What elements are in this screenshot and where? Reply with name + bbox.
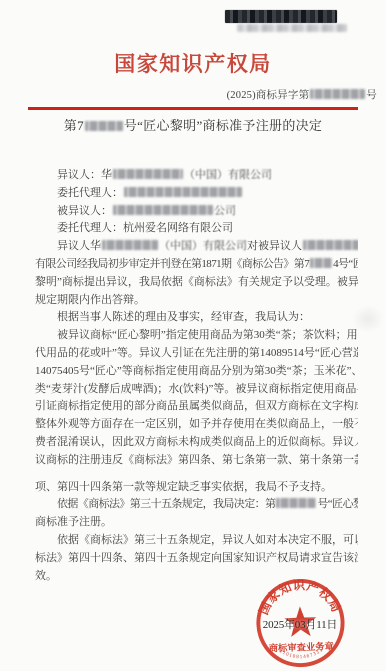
doc-number-suffix: 号 [366,90,377,101]
text-segment: 异议人华 [57,240,101,252]
text-line: 异议人：华（中国）有限公司 [35,167,358,185]
text-segment: 效。 [35,570,57,582]
redacted-text [310,258,332,268]
text-segment: 规定期限内作出答辩。 [35,294,145,306]
text-line: 项、第四十四条第一款等规定缺乏事实依据，我局不予支持。 [35,479,358,497]
decision-body: 异议人：华（中国）有限公司委托代理人：被异议人：公司委托代理人：杭州爱名网络有限… [35,167,358,585]
text-line: 委托代理人：杭州爱名网络有限公司 [35,220,358,238]
decision-title-prefix: 第7 [64,118,84,133]
text-segment: 标法》第四十四条、第四十五条规定向国家知识产权局请求宣告该注册商标无 [35,552,358,564]
text-line: 有限公司经我局初步审定并刊登在第1871期《商标公告》第74号“匠心 [35,256,358,274]
text-segment: 类“麦芽汁(发酵后成啤酒)；水(饮料)”等。被异议商标指定使用商品与异议人 [35,383,358,395]
text-segment: 依据《商标法》第三十五条规定，我局决定：第 [57,498,275,510]
text-segment: 商标准予注册。 [35,516,112,528]
text-line: 根据当事人陈述的理由及事实，经审查，我局认为： [35,309,358,327]
text-segment: 异议人：华 [57,169,112,181]
text-line: 依据《商标法》第三十五条规定，异议人如对本决定不服，可以依照《商 [35,532,358,550]
text-segment: 费者混淆误认，因此双方商标未构成类似商品上的近似商标。异议人另称被异 [35,436,358,448]
redacted-header-stamp [225,10,337,23]
doc-number-line: (2025)商标异字第号 [227,87,377,102]
text-segment: 号“匠心黎明” [317,498,358,510]
text-line: 引证商标指定使用的部分商品虽属类似商品，但双方商标在文字构成、含义及 [35,398,358,416]
text-line: 委托代理人： [35,185,358,203]
text-segment: 黎明”商标提出异议，我局依据《商标法》有关规定予以受理。被异议人已在 [35,276,358,288]
redacted-doc-number [310,89,365,99]
text-line: 黎明”商标提出异议，我局依据《商标法》有关规定予以受理。被异议人已在 [35,274,358,292]
text-segment: 根据当事人陈述的理由及事实，经审查，我局认为： [57,311,310,323]
text-segment: 对被异议人 [247,240,302,252]
text-line: 规定期限内作出答辩。 [35,292,358,310]
text-segment: 委托代理人： [57,187,123,199]
agency-title: 国家知识产权局 [0,48,386,78]
text-line: 依据《商标法》第三十五条规定，我局决定：第号“匠心黎明” [35,496,358,514]
text-segment: 被异议人： [57,205,112,217]
decision-title-suffix: 号“匠心黎明”商标准予注册的决定 [124,118,322,133]
text-segment: 委托代理人：杭州爱名网络有限公司 [57,222,233,234]
redacted-text [124,187,242,197]
text-line: 商标准予注册。 [35,514,358,532]
red-divider-line [28,107,358,110]
text-line: 14075405号“匠心”等商标指定使用商品分别为第30类“茶；玉米花”、第32 [35,363,358,381]
text-line: 异议人华（中国）有限公司对被异议人 [35,238,358,256]
scan-smudge [352,305,384,333]
seal-office-text: 商标审查业务章 [269,640,335,654]
text-segment: 项、第四十四条第一款等规定缺乏事实依据，我局不予支持。 [35,481,332,493]
text-segment: （中国）有限公司 [159,240,247,252]
scanned-decision-document: 国家知识产权局 (2025)商标异字第号 第7号“匠心黎明”商标准予注册的决定 … [0,0,386,671]
doc-number-prefix: (2025)商标异字第 [227,90,310,101]
text-line: 议商标的注册违反《商标法》第四条、第七条第一款、第十条第一款第（七） [35,452,358,470]
redacted-text [276,498,316,508]
text-line: 费者混淆误认，因此双方商标未构成类似商品上的近似商标。异议人另称被异 [35,434,358,452]
text-line: 整体外观等方面存在一定区别，如予并存使用在类似商品上，一般不会造成消 [35,416,358,434]
text-segment: 公司 [214,205,236,217]
text-segment: 被异议商标“匠心黎明”指定使用商品为第30类“茶；茶饮料；用作茶叶 [57,329,358,341]
redacted-trademark-number [85,121,123,131]
text-segment: 14075405号“匠心”等商标指定使用商品分别为第30类“茶；玉米花”、第32 [35,365,358,377]
text-segment: 议商标的注册违反《商标法》第四条、第七条第一款、第十条第一款第（七） [35,454,358,466]
redacted-text [113,169,183,179]
text-line: 类“麦芽汁(发酵后成啤酒)；水(饮料)”等。被异议商标指定使用商品与异议人 [35,381,358,399]
text-line: 被异议商标“匠心黎明”指定使用商品为第30类“茶；茶饮料；用作茶叶 [35,327,358,345]
text-segment: 4号“匠心 [333,258,358,270]
redacted-text [113,205,213,215]
redacted-text [303,240,358,250]
text-segment: 引证商标指定使用的部分商品虽属类似商品，但双方商标在文字构成、含义及 [35,400,358,412]
text-segment: （中国）有限公司 [184,169,272,181]
decision-title: 第7号“匠心黎明”商标准予注册的决定 [0,115,386,134]
text-line: 标法》第四十四条、第四十五条规定向国家知识产权局请求宣告该注册商标无 [35,550,358,568]
redacted-header-shadow [237,24,347,32]
text-line: 代用品的花或叶”等。异议人引证在先注册的第14089514号“匠心营造”、第 [35,345,358,363]
text-line: 被异议人：公司 [35,203,358,221]
text-segment: 有限公司经我局初步审定并刊登在第1871期《商标公告》第7 [35,258,309,270]
text-segment: 代用品的花或叶”等。异议人引证在先注册的第14089514号“匠心营造”、第 [35,347,358,359]
decision-date: 2025年03月11日 [249,616,351,632]
text-segment: 整体外观等方面存在一定区别，如予并存使用在类似商品上，一般不会造成消 [35,418,358,430]
redacted-text [102,240,158,250]
text-segment: 依据《商标法》第三十五条规定，异议人如对本决定不服，可以依照《商 [57,534,358,546]
